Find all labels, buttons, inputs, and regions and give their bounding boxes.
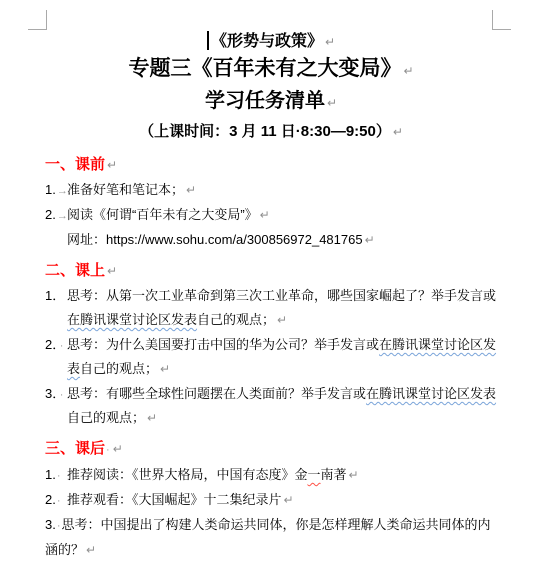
document-content[interactable]: 《形势与政策》↵ 专题三《百年未有之大变局》↵ 学习任务清单↵ （上课时间：3 …	[45, 30, 497, 561]
list-item-number: 1．	[45, 284, 65, 308]
class-time-line[interactable]: （上课时间：3 月 11 日·8:30—9:50）↵	[45, 118, 497, 146]
paragraph-mark-icon: ↵	[160, 362, 170, 376]
sections-container: 一、课前↵1.→准备好笔和笔记本；↵2.→阅读《何谓“百年未有之大变局”》↵网址…	[45, 153, 497, 561]
course-title-line[interactable]: 《形势与政策》↵	[45, 30, 497, 54]
spellcheck-underlined-text: 在腾讯课堂讨论区发表	[366, 386, 496, 401]
paragraph-mark-icon: ↵	[107, 158, 117, 172]
list-item[interactable]: 网址：https://www.sohu.com/a/300856972_4817…	[45, 228, 497, 252]
body-text: 思考：从第一次工业革命到第三次工业革命，哪些国家崛起了？举手发言或	[67, 288, 496, 303]
tab-mark-icon: →	[56, 210, 69, 222]
body-text: 自己的观点；	[67, 410, 145, 425]
list-item[interactable]: 2.→阅读《何谓“百年未有之大变局”》↵	[45, 203, 497, 227]
list-item[interactable]: 1.→准备好笔和笔记本；↵	[45, 178, 497, 202]
paragraph-mark-icon: ↵	[113, 442, 123, 456]
body-text: 准备好笔和笔记本；	[67, 182, 184, 197]
space-mark-icon: ·	[59, 340, 65, 352]
topic-title-line[interactable]: 专题三《百年未有之大变局》↵	[45, 54, 497, 86]
spellcheck-underlined-text: 一	[308, 467, 321, 482]
section-heading[interactable]: 三、课后·↵	[45, 437, 497, 462]
topic-title-text: 专题三《百年未有之大变局》	[128, 57, 401, 80]
body-text: 自己的观点；	[80, 361, 158, 376]
list-item[interactable]: 2.·推荐观看：《大国崛起》十二集纪录片↵	[45, 488, 497, 512]
list-item-number: 2.·	[45, 488, 62, 513]
paragraph-mark-icon: ↵	[403, 64, 413, 78]
body-text: 阅读《何谓“百年未有之大变局”》	[67, 207, 258, 222]
tab-mark-icon: →	[56, 185, 69, 197]
list-item[interactable]: 1．思考：从第一次工业革命到第三次工业革命，哪些国家崛起了？举手发言或在腾讯课堂…	[45, 284, 497, 332]
text-boundary-mark-top-right	[492, 10, 511, 30]
paragraph-mark-icon: ↵	[107, 264, 117, 278]
body-text: 网址：https://www.sohu.com/a/300856972_4817…	[67, 232, 363, 247]
list-item[interactable]: 1.·推荐阅读：《世界大格局，中国有态度》金一南著↵	[45, 463, 497, 487]
spellcheck-underlined-text: 在腾讯课堂讨论区发表	[67, 312, 197, 327]
body-text: 思考：为什么美国要打击中国的华为公司？举手发言或	[67, 337, 379, 352]
list-item-number: 2.→	[45, 203, 69, 228]
body-text: 思考：有哪些全球性问题摆在人类面前？举手发言或	[67, 386, 366, 401]
paragraph-mark-icon: ↵	[325, 35, 335, 49]
class-time-text: （上课时间：3 月 11 日·8:30—9:50）	[139, 123, 391, 140]
paragraph-mark-icon: ↵	[365, 233, 375, 247]
section-heading-text: 一、课前	[45, 156, 105, 173]
list-item[interactable]: 3.·思考：中国提出了构建人类命运共同体，你是怎样理解人类命运共同体的内涵的？↵	[45, 513, 497, 561]
section-heading[interactable]: 二、课上↵	[45, 259, 497, 283]
paragraph-mark-icon: ↵	[349, 468, 359, 482]
subtitle-text: 学习任务清单	[205, 90, 325, 112]
space-mark-icon: ·	[59, 389, 65, 401]
body-text: 南著	[321, 467, 347, 482]
body-text: 自己的观点；	[197, 312, 275, 327]
list-item-number: 1.·	[45, 463, 62, 488]
list-item[interactable]: 2．·思考：为什么美国要打击中国的华为公司？举手发言或在腾讯课堂讨论区发表自己的…	[45, 333, 497, 381]
list-item-number: 2．·	[45, 333, 64, 358]
paragraph-mark-icon: ↵	[260, 208, 270, 222]
list-item-number: 1.→	[45, 178, 69, 203]
list-item[interactable]: 3．·思考：有哪些全球性问题摆在人类面前？举手发言或在腾讯课堂讨论区发表自己的观…	[45, 382, 497, 430]
section-heading[interactable]: 一、课前↵	[45, 153, 497, 177]
list-item-number: 3.·	[45, 517, 62, 532]
paragraph-mark-icon: ↵	[284, 493, 294, 507]
course-title-text: 《形势与政策》	[211, 33, 323, 50]
section-heading-text: 三、课后	[45, 440, 105, 457]
section-heading-text: 二、课上	[45, 262, 105, 279]
list-item-number: 3．·	[45, 382, 64, 407]
space-mark-icon: ·	[56, 470, 62, 482]
paragraph-mark-icon: ↵	[393, 125, 403, 139]
text-boundary-mark-top-left	[28, 10, 47, 30]
body-text: 思考：中国提出了构建人类命运共同体，你是怎样理解人类命运共同体的内涵的？	[45, 517, 491, 557]
body-text: 推荐观看：《大国崛起》十二集纪录片	[67, 492, 282, 507]
paragraph-mark-icon: ↵	[277, 313, 287, 327]
text-cursor	[207, 31, 209, 50]
paragraph-mark-icon: ↵	[86, 543, 96, 557]
space-mark-icon: ·	[56, 495, 62, 507]
subtitle-line[interactable]: 学习任务清单↵	[45, 86, 497, 118]
paragraph-mark-icon: ↵	[147, 411, 157, 425]
paragraph-mark-icon: ↵	[327, 96, 337, 110]
paragraph-mark-icon: ↵	[186, 183, 196, 197]
space-mark-icon: ·	[105, 444, 111, 456]
body-text: 推荐阅读：《世界大格局，中国有态度》金	[67, 467, 308, 482]
word-document-page: 《形势与政策》↵ 专题三《百年未有之大变局》↵ 学习任务清单↵ （上课时间：3 …	[0, 0, 543, 561]
